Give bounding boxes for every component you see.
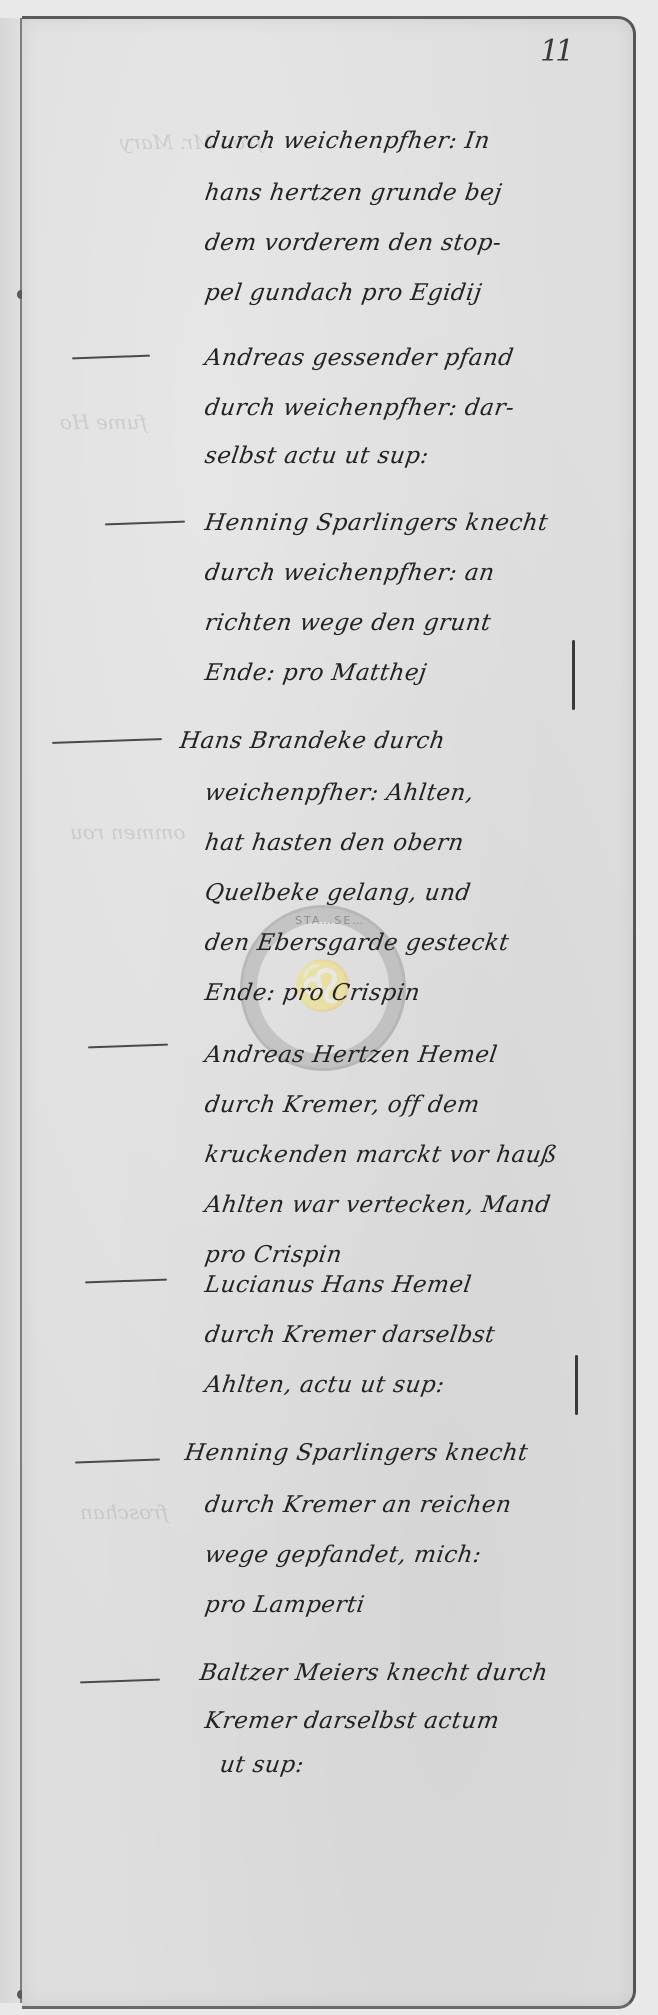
entry-line: hans hertzen grunde bej xyxy=(203,180,504,206)
entry-line: pro Crispin xyxy=(203,1242,344,1268)
entry-line: richten wege den grunt xyxy=(203,610,493,636)
entry-line: durch weichenpfher: dar- xyxy=(203,395,516,421)
bleed-through-text: froschan xyxy=(80,1500,168,1524)
bleed-through-text: fume Ho xyxy=(60,410,147,434)
entry-line: den Ebersgarde gesteckt xyxy=(203,930,511,956)
entry-line: durch Kremer, off dem xyxy=(203,1092,481,1118)
entry-line: Henning Sparlingers knecht xyxy=(203,510,550,536)
entry-line: Kremer darselbst actum xyxy=(203,1708,501,1734)
entry-line: durch weichenpfher: In xyxy=(203,128,492,154)
entry-line: Baltzer Meiers knecht durch xyxy=(198,1660,549,1686)
folio-number: 11 xyxy=(540,34,570,69)
entry-line: selbst actu ut sup: xyxy=(203,443,430,469)
entry-line: wege gepfandet, mich: xyxy=(203,1542,483,1568)
entry-line: Andreas Hertzen Hemel xyxy=(203,1042,499,1068)
entry-line: Ende: pro Matthej xyxy=(203,660,428,686)
entry-line: kruckenden marckt vor hauß xyxy=(203,1142,559,1168)
bleed-through-text: ommen rou xyxy=(70,820,186,844)
entry-line: durch Kremer darselbst xyxy=(203,1322,497,1348)
entry-line: dem vorderem den stop- xyxy=(203,230,503,256)
bracket-mark xyxy=(572,640,575,710)
entry-line: Lucianus Hans Hemel xyxy=(203,1272,473,1298)
entry-line: hat hasten den obern xyxy=(203,830,465,856)
entry-line: Ende: pro Crispin xyxy=(203,980,422,1006)
entry-line: durch weichenpfher: an xyxy=(203,560,496,586)
entry-line: Ahlten, actu ut sup: xyxy=(203,1372,446,1398)
stamp-text: STA…SE… xyxy=(295,914,365,927)
entry-line: durch Kremer an reichen xyxy=(203,1492,513,1518)
entry-line: pro Lamperti xyxy=(203,1592,366,1618)
entry-line: Henning Sparlingers knecht xyxy=(183,1440,530,1466)
facing-page-edge xyxy=(0,18,22,2003)
entry-line: pel gundach pro Egidij xyxy=(203,280,483,306)
entry-line: Quelbeke gelang, und xyxy=(203,880,472,906)
entry-line: ut sup: xyxy=(218,1752,306,1778)
bracket-mark xyxy=(575,1355,578,1415)
entry-line: Hans Brandeke durch xyxy=(178,728,447,754)
entry-line: Andreas gessender pfand xyxy=(203,345,515,371)
entry-line: weichenpfher: Ahlten, xyxy=(203,780,475,806)
entry-line: Ahlten war vertecken, Mand xyxy=(203,1192,552,1218)
